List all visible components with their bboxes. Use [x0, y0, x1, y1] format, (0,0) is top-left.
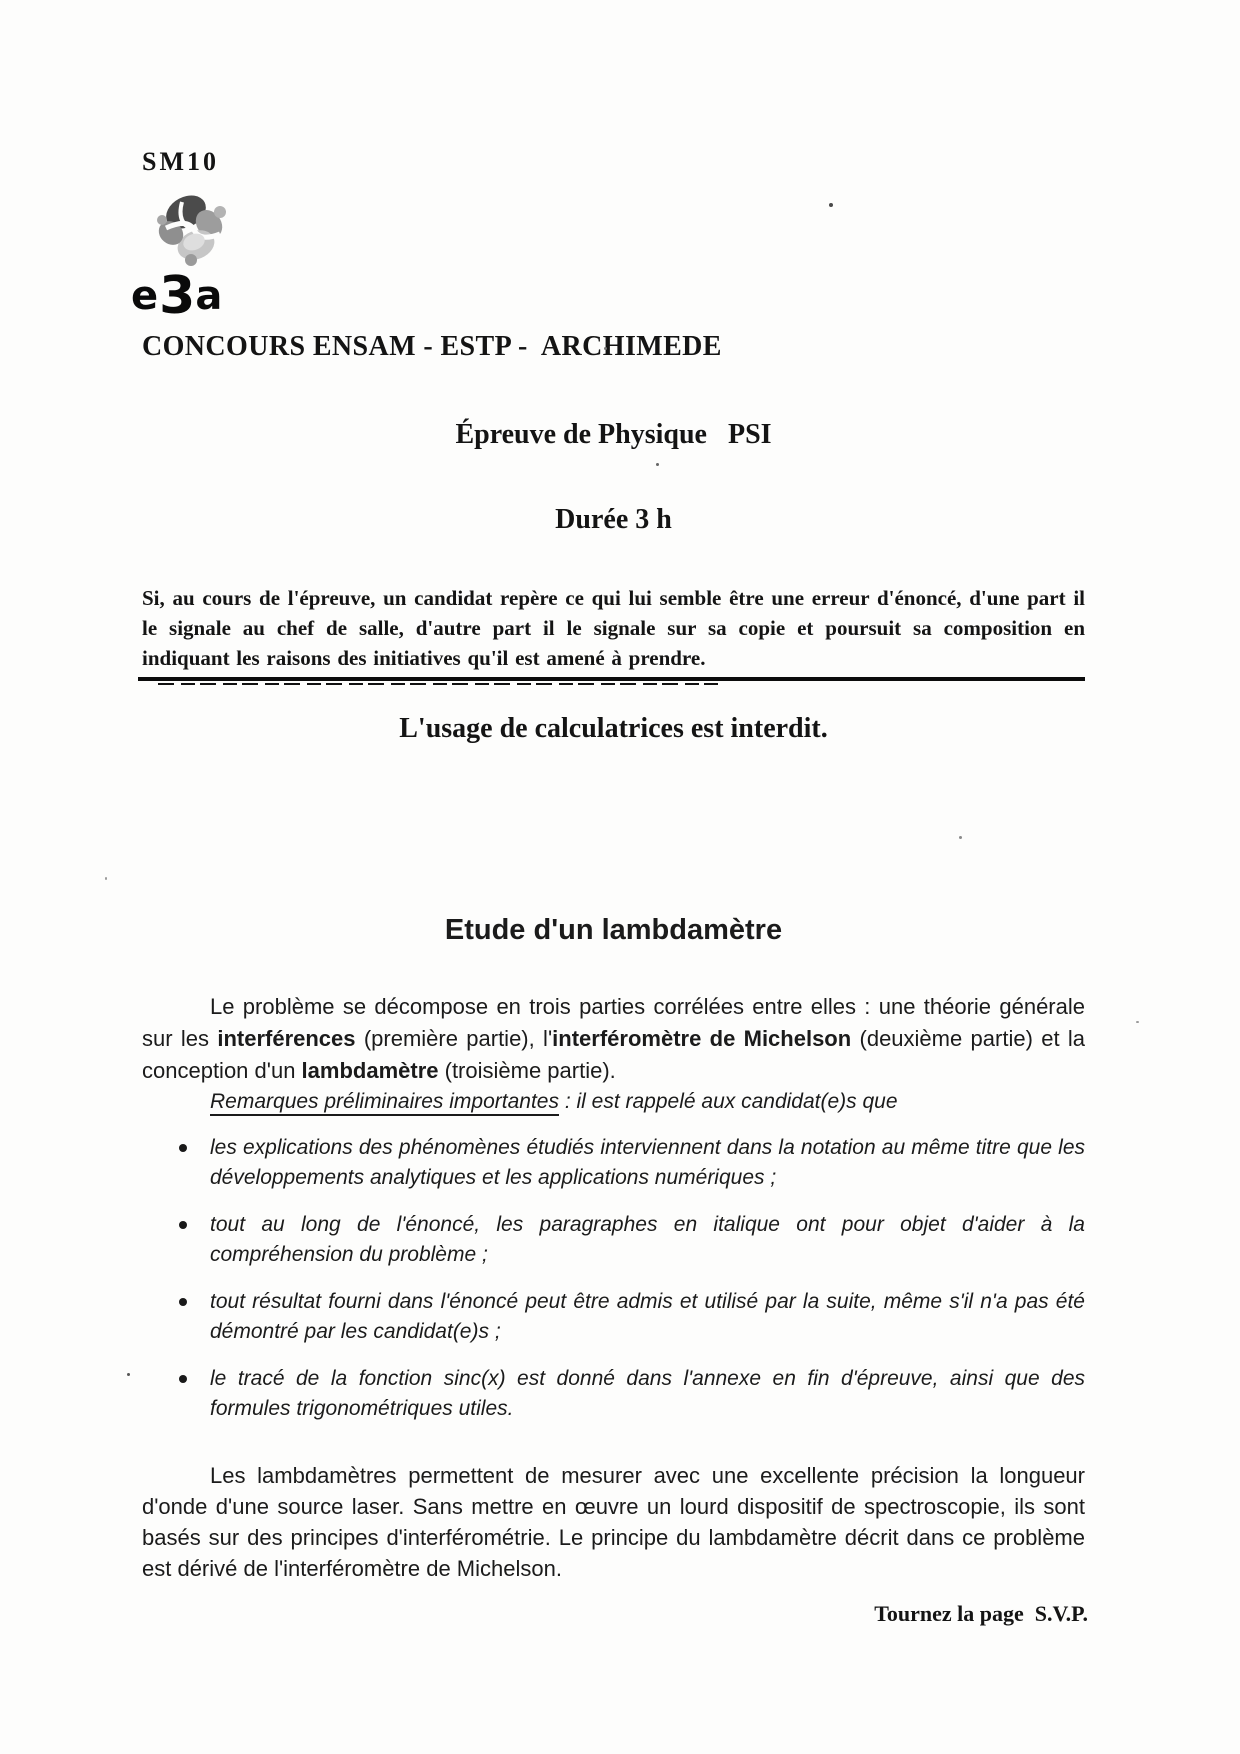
remarks-underlined-label: Remarques préliminaires importantes [210, 1090, 559, 1116]
contest-title: CONCOURS ENSAM - ESTP - ARCHIMEDE [142, 331, 722, 363]
turn-page-notice: Tournez la page S.V.P. [874, 1601, 1088, 1627]
logo-letter-a: a [195, 273, 223, 319]
bullet-item-sinc: le tracé de la fonction sinc(x) est donn… [142, 1364, 1085, 1424]
bullet-item-resultat: tout résultat fourni dans l'énoncé peut … [142, 1287, 1085, 1347]
e3a-logo-text: e3a [131, 270, 223, 322]
scan-speck [829, 203, 833, 207]
logo-letter-3: 3 [159, 266, 195, 326]
bullet-item-notation: les explications des phénomènes étudiés … [142, 1133, 1085, 1193]
exam-duration: Durée 3 h [142, 504, 1085, 536]
logo-letter-e: e [131, 273, 159, 319]
remarks-rest: : il est rappelé aux candidat(e)s que [559, 1090, 898, 1113]
problem-intro-paragraph: Le problème se décompose en trois partie… [142, 991, 1085, 1087]
bullet-item-italique: tout au long de l'énoncé, les paragraphe… [142, 1210, 1085, 1270]
remarks-bullet-list: les explications des phénomènes étudiés … [142, 1133, 1085, 1441]
horizontal-rule [138, 677, 1085, 681]
error-report-notice: Si, au cours de l'épreuve, un candidat r… [142, 583, 1085, 673]
paper-code: SM10 [142, 147, 219, 177]
scan-speck [656, 463, 659, 466]
scan-speck [604, 347, 607, 350]
exam-subject-title: Épreuve de Physique PSI [142, 419, 1085, 451]
scan-speck [127, 1373, 130, 1376]
calculator-prohibition: L'usage de calculatrices est interdit. [142, 713, 1085, 745]
e3a-pinwheel-icon [146, 190, 236, 270]
scan-speck [959, 836, 962, 839]
lambdameter-description-paragraph: Les lambdamètres permettent de mesurer a… [142, 1460, 1085, 1584]
problem-title: Etude d'un lambdamètre [142, 914, 1085, 947]
exam-cover-page: SM10 e3a CONCOURS ENSAM - ESTP - ARCHIME… [0, 0, 1240, 1754]
horizontal-rule-scan-streak [158, 683, 718, 685]
preliminary-remarks-line: Remarques préliminaires importantes : il… [210, 1087, 1085, 1116]
scan-speck [1136, 1021, 1139, 1023]
scan-speck [105, 877, 107, 880]
